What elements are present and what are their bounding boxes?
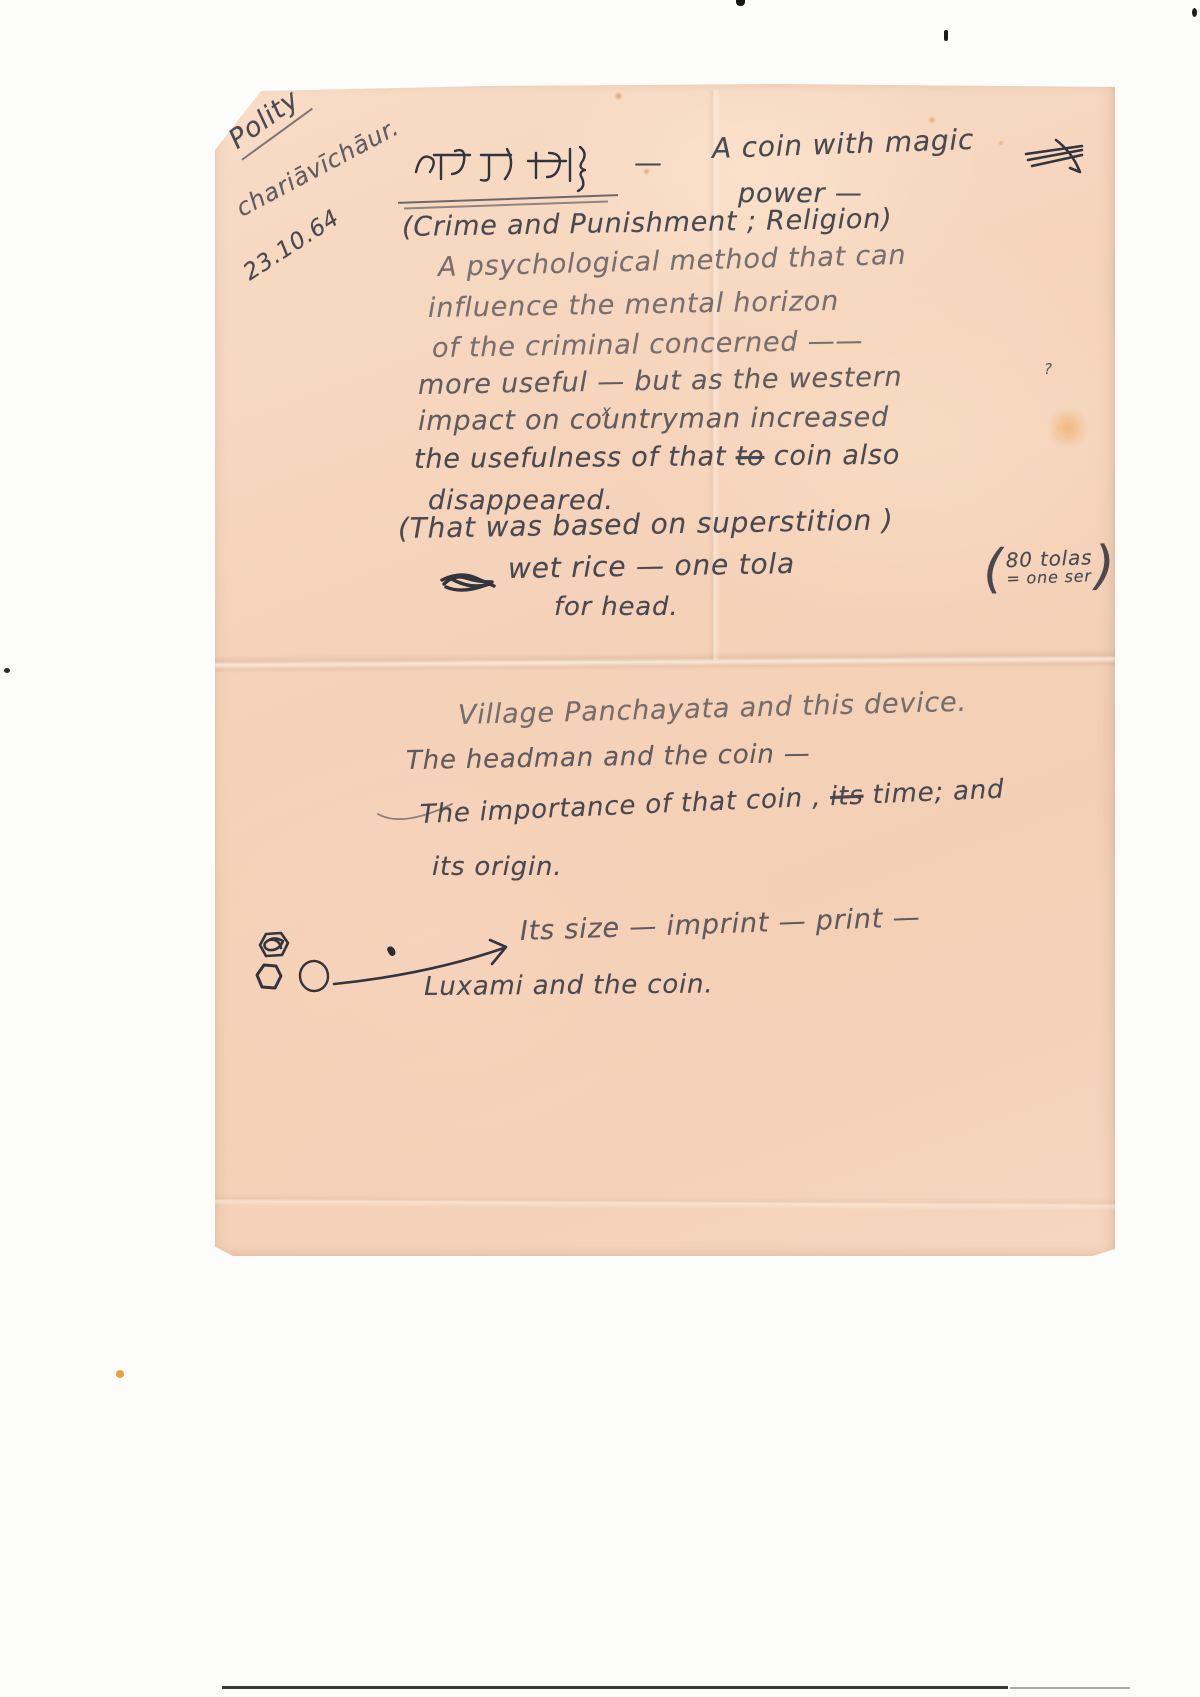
line-usefulness-pre: the usefulness of that xyxy=(414,441,727,475)
title-dash: — xyxy=(634,146,663,179)
line-usefulness-post: coin also xyxy=(774,440,901,472)
scribbled-out-word xyxy=(440,570,498,594)
line-wet-rice: wet rice — one tola xyxy=(508,547,796,585)
coin-scribbled-sketch xyxy=(257,930,291,960)
line-importance-post: time; and xyxy=(872,775,1005,811)
coin-circle-sketch xyxy=(296,958,332,994)
scan-edge-line xyxy=(222,1686,1008,1689)
orange-speck xyxy=(116,1370,124,1378)
scan-edge-line-faint xyxy=(1010,1687,1130,1689)
line-usefulness: the usefulness of that to coin also xyxy=(414,440,900,475)
scan-speck xyxy=(736,0,745,6)
scan-speck xyxy=(944,30,948,41)
devanagari-title-script xyxy=(410,140,590,192)
line-for-head: for head. xyxy=(554,592,678,622)
scan-speck xyxy=(4,668,10,673)
line-origin: its origin. xyxy=(432,852,562,882)
question-mark: ? xyxy=(1044,360,1053,378)
tolas-paren-close: ) xyxy=(1094,535,1117,596)
scanned-page: Polity chariāvīchāur. 23.10.64 — A coin … xyxy=(0,0,1200,1697)
struck-word: its xyxy=(830,781,865,812)
struck-word: to xyxy=(736,441,765,472)
line-impact: impact on countryman increased xyxy=(418,402,889,437)
tolas-note: ( 80 tolas = one ser ) xyxy=(982,535,1117,600)
scan-speck xyxy=(1192,8,1197,17)
line-luxami: Luxami and the coin. xyxy=(424,969,714,1002)
coin-hexagon-sketch xyxy=(254,962,284,992)
tolas-line-2: = one ser xyxy=(1006,568,1093,588)
tolas-paren-open: ( xyxy=(982,539,1005,600)
scribbled-out-mark xyxy=(1022,136,1092,184)
